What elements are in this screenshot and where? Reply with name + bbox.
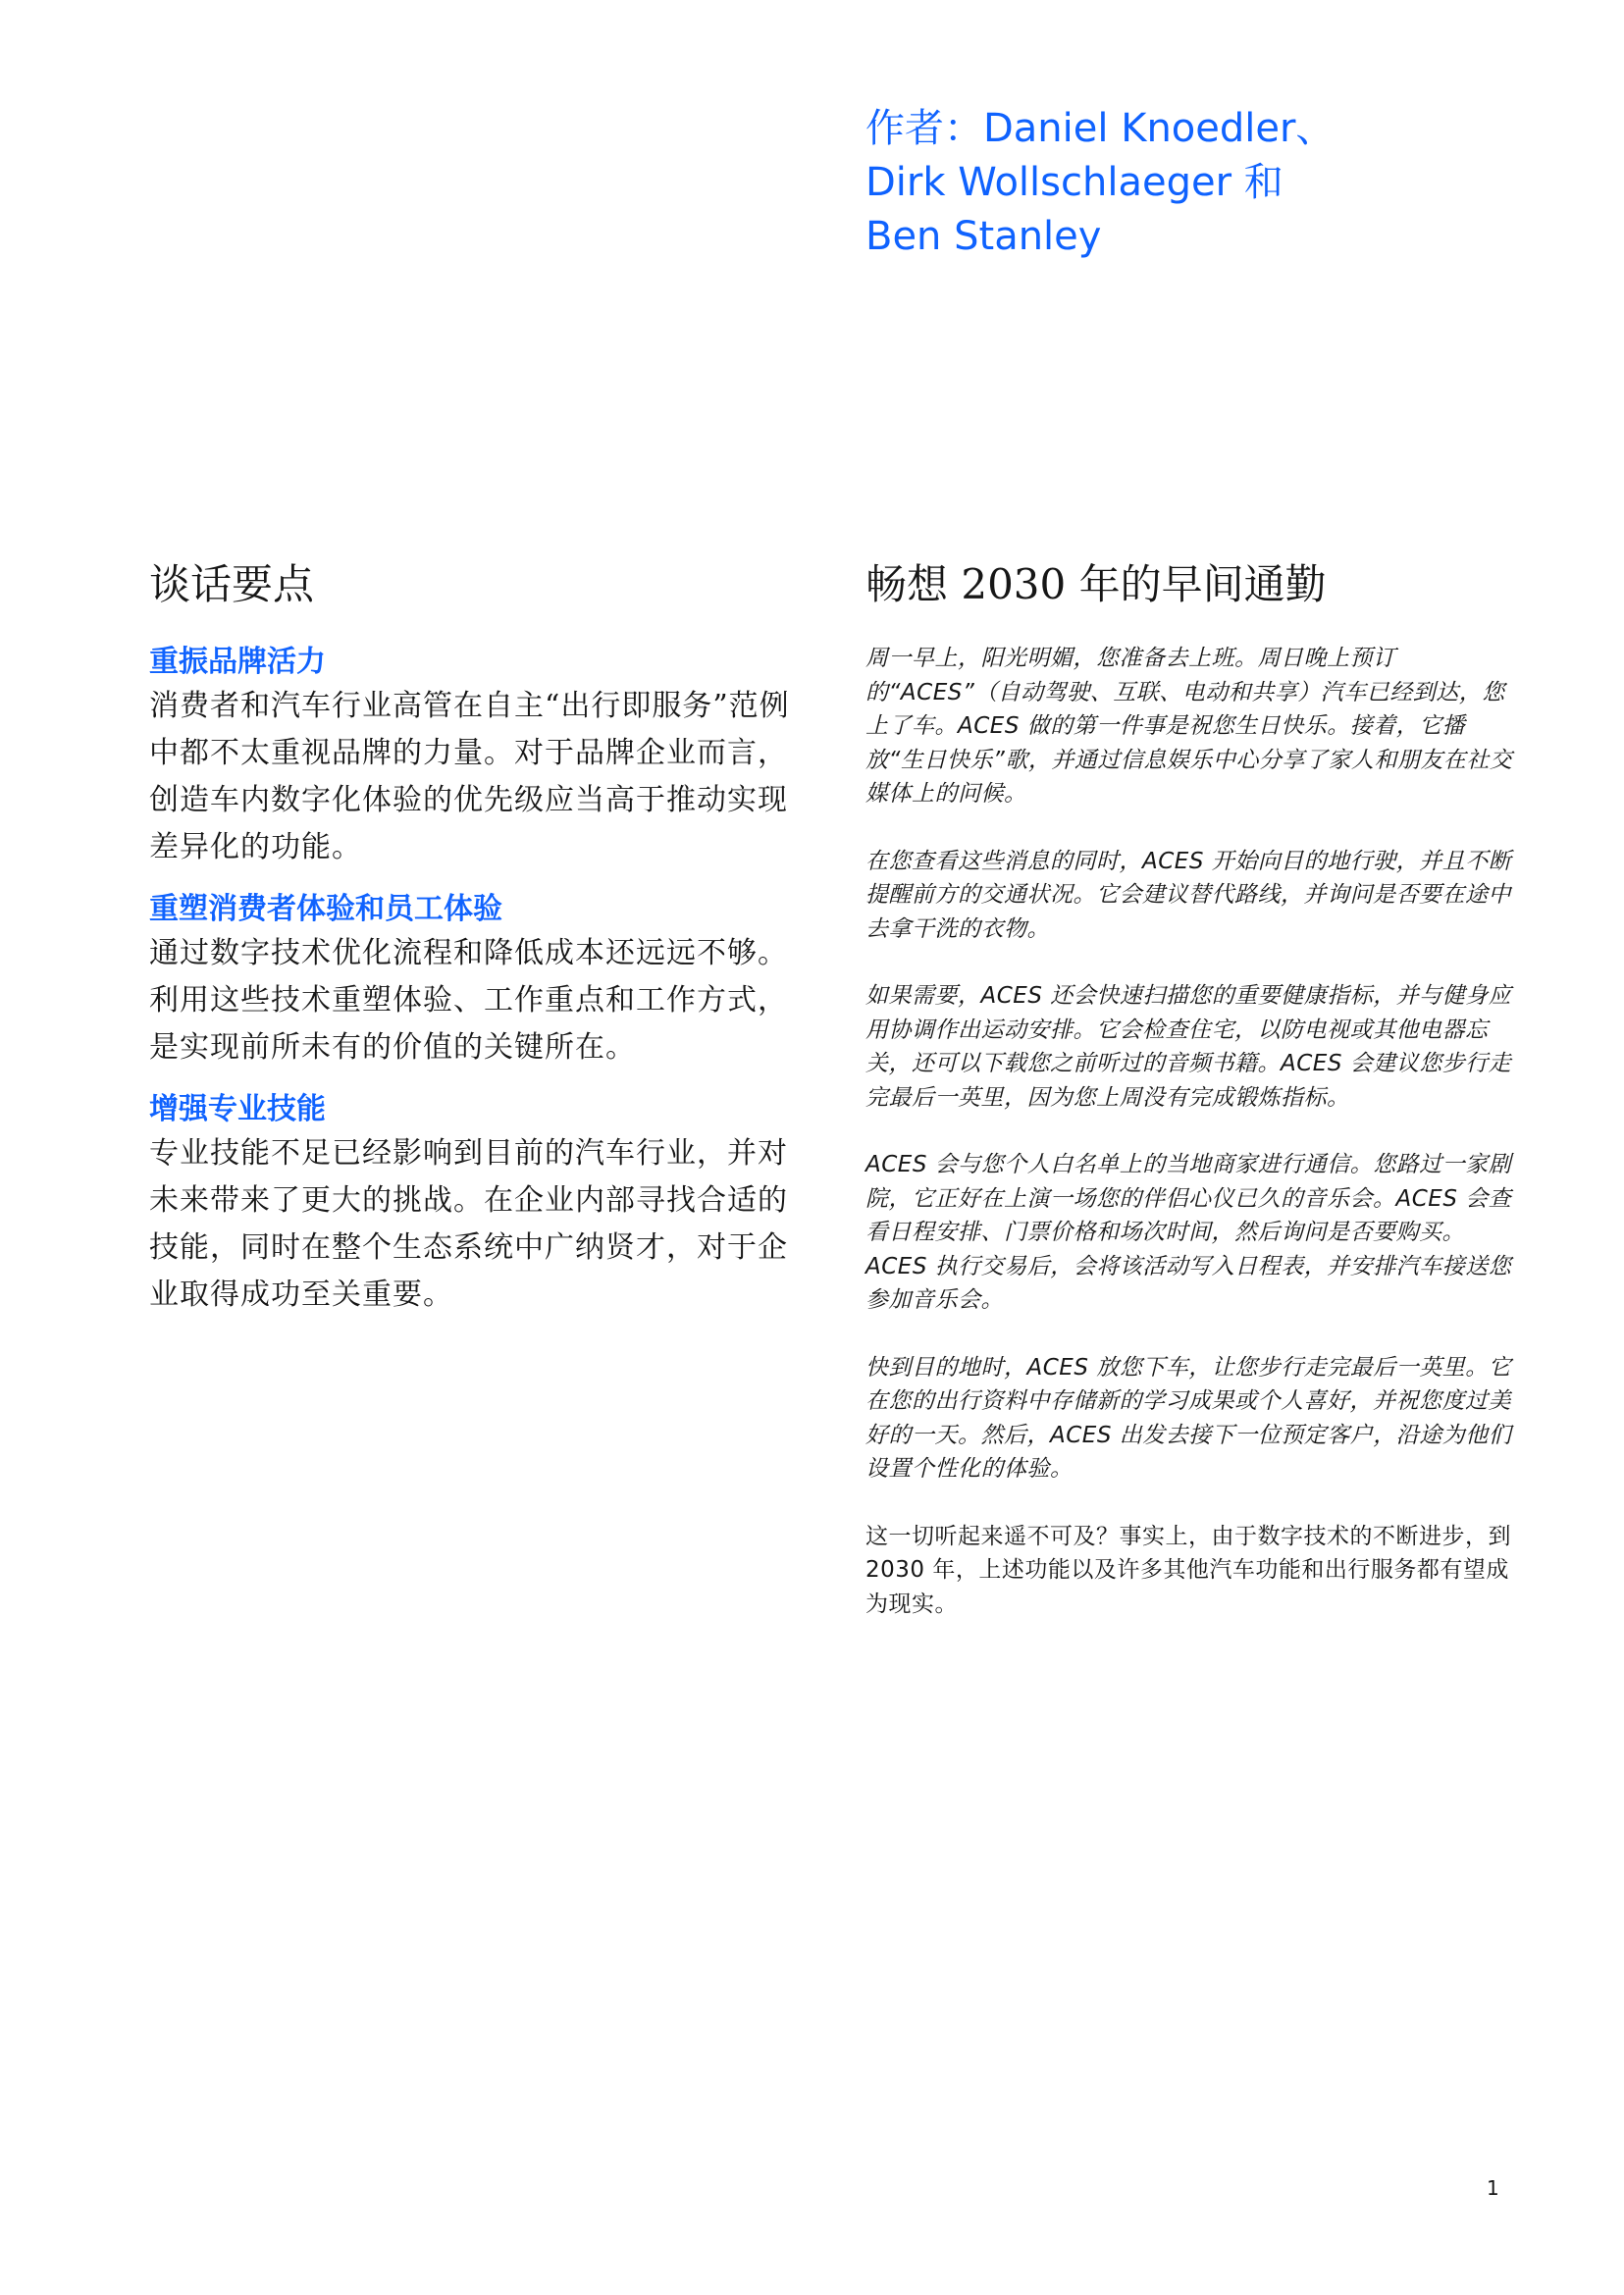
- author-line: 作者：Daniel Knoedler、: [865, 102, 1376, 156]
- commute-title: 畅想 2030 年的早间通勤: [865, 555, 1513, 614]
- commute-closing: 这一切听起来遥不可及？事实上，由于数字技术的不断进步，到 2030 年，上述功能…: [865, 1520, 1513, 1622]
- point-heading: 重塑消费者体验和员工体验: [149, 889, 807, 930]
- point-body: 通过数字技术优化流程和降低成本还远远不够。利用这些技术重塑体验、工作重点和工作方…: [149, 930, 807, 1071]
- point-body: 消费者和汽车行业高管在自主“出行即服务”范例中都不太重视品牌的力量。对于品牌企业…: [149, 683, 807, 871]
- talking-points-column: 谈话要点 重振品牌活力 消费者和汽车行业高管在自主“出行即服务”范例中都不太重视…: [149, 555, 807, 1336]
- page-number: 1: [1487, 2176, 1499, 2200]
- talking-points-title: 谈话要点: [149, 555, 807, 614]
- point-body: 专业技能不足已经影响到目前的汽车行业，并对未来带来了更大的挑战。在企业内部寻找合…: [149, 1130, 807, 1319]
- commute-paragraph: 周一早上，阳光明媚，您准备去上班。周日晚上预订的“ACES”（自动驾驶、互联、电…: [865, 642, 1513, 811]
- authors-block: 作者：Daniel Knoedler、 Dirk Wollschlaeger 和…: [865, 102, 1376, 264]
- point-heading: 增强专业技能: [149, 1089, 807, 1130]
- commute-column: 畅想 2030 年的早间通勤 周一早上，阳光明媚，您准备去上班。周日晚上预订的“…: [865, 555, 1513, 1654]
- commute-paragraph: ACES 会与您个人白名单上的当地商家进行通信。您路过一家剧院，它正好在上演一场…: [865, 1148, 1513, 1318]
- commute-paragraph: 在您查看这些消息的同时，ACES 开始向目的地行驶，并且不断提醒前方的交通状况。…: [865, 845, 1513, 947]
- commute-paragraph: 快到目的地时，ACES 放您下车，让您步行走完最后一英里。它在您的出行资料中存储…: [865, 1351, 1513, 1487]
- commute-paragraph: 如果需要，ACES 还会快速扫描您的重要健康指标，并与健身应用协调作出运动安排。…: [865, 979, 1513, 1115]
- author-line: Ben Stanley: [865, 210, 1376, 264]
- point-heading: 重振品牌活力: [149, 642, 807, 683]
- author-line: Dirk Wollschlaeger 和: [865, 156, 1376, 210]
